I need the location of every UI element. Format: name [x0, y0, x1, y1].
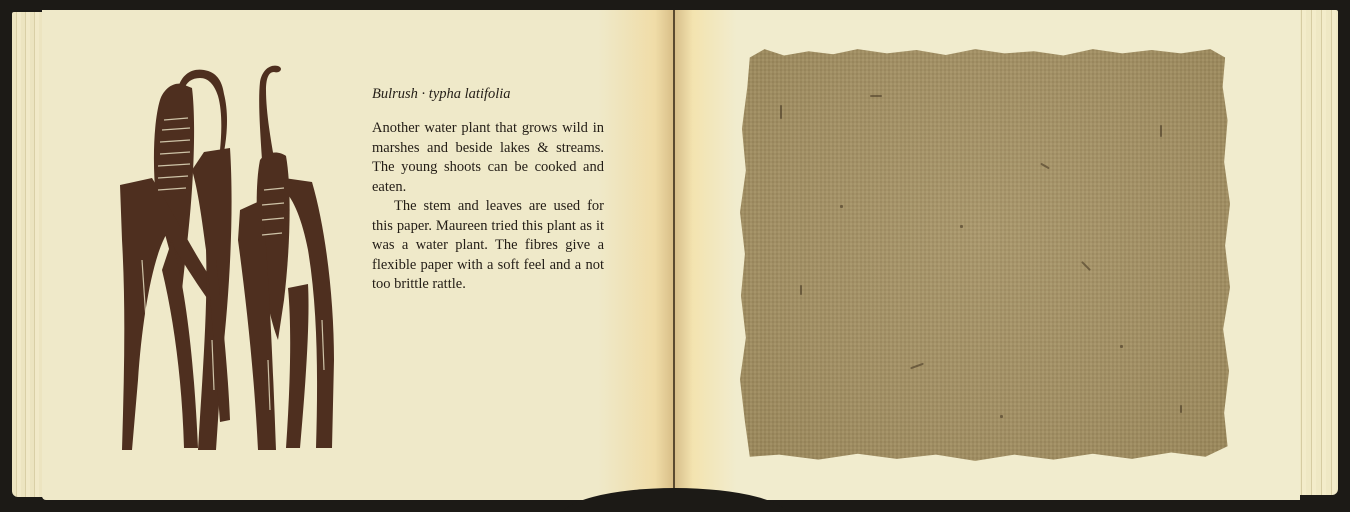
fibre-fleck [1180, 405, 1182, 413]
description-paragraph-1: Another water plant that grows wild in m… [372, 119, 604, 197]
fibre-fleck [1160, 125, 1162, 137]
text-block: Bulrush · typha latifolia Another water … [372, 86, 604, 295]
open-book: Bulrush · typha latifolia Another water … [0, 0, 1350, 512]
fibre-fleck [800, 285, 802, 295]
fibre-fleck [1081, 261, 1091, 271]
fibre-fleck [840, 205, 843, 208]
fibre-fleck [1120, 345, 1123, 348]
fibre-fleck [780, 105, 782, 119]
fibre-fleck [910, 363, 924, 370]
description-paragraph-2: The stem and leaves are used for this pa… [372, 197, 604, 295]
bulrush-woodcut-illustration [112, 60, 352, 455]
book-gutter [673, 10, 675, 500]
plant-title: Bulrush · typha latifolia [372, 86, 604, 103]
fibre-fleck [870, 95, 882, 97]
page-edges-right [1296, 10, 1338, 495]
handmade-paper-sample [740, 45, 1230, 463]
fibre-fleck [1040, 163, 1050, 170]
fibre-fleck [1000, 415, 1003, 418]
fibre-fleck [960, 225, 963, 228]
